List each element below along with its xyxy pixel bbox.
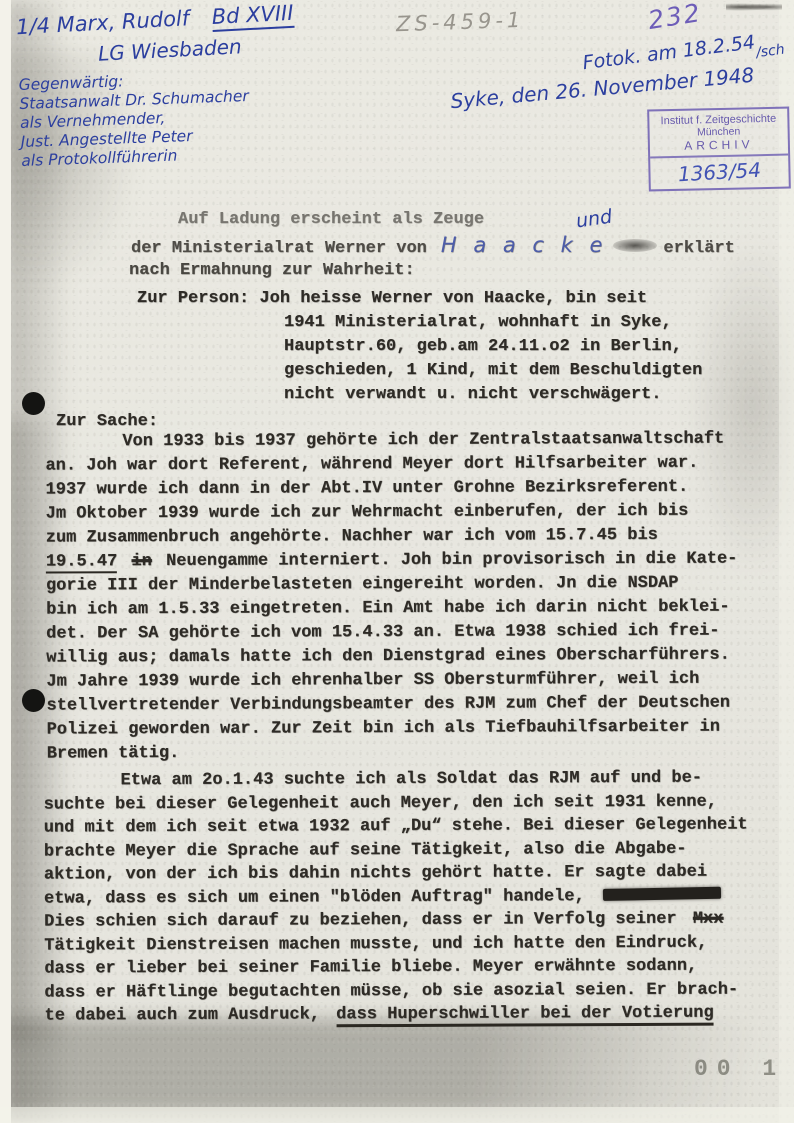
- stamp-number: 1363/54: [650, 153, 790, 192]
- heading-line2: der Ministerialrat Werner von H a a c k …: [131, 233, 735, 261]
- body-line: Tätigkeit Dienstreisen machen musste, un…: [44, 931, 748, 958]
- body-line-with-blackout: etwa, dass es sich um einen "blöden Auft…: [44, 884, 748, 911]
- struck-word: Mxx: [693, 910, 724, 929]
- body-line: Bremen tätig.: [47, 739, 739, 766]
- body-line: gorie III der Minderbelasteten eingereih…: [46, 571, 738, 598]
- person-line: nicht verwandt u. nicht verschwägert.: [284, 383, 702, 407]
- body-line: suchte bei dieser Gelegenheit auch Meyer…: [44, 790, 748, 817]
- scanned-document-page: 1/4 Marx, Rudolf Bd XVIII LG Wiesbaden G…: [0, 0, 794, 1123]
- struck-word: in: [131, 552, 151, 571]
- body-line: dass er lieber bei seiner Familie bliebe…: [44, 954, 748, 981]
- body-line-text: etwa, dass es sich um einen "blöden Auft…: [44, 887, 585, 908]
- handwritten-court: LG Wiesbaden: [97, 34, 242, 65]
- body-line: Von 1933 bis 1937 gehörte ich der Zentra…: [122, 427, 737, 454]
- person-detail-lines: 1941 Ministerialrat, wohnhaft in Syke, H…: [284, 311, 702, 407]
- heading-line2-suffix: erklärt: [663, 237, 734, 261]
- faint-folio-number: 00 1: [694, 1056, 785, 1082]
- body-line-text: Dies schien sich darauf zu beziehen, das…: [44, 910, 677, 932]
- body-line: 1937 wurde ich dann in der Abt.IV unter …: [45, 475, 737, 502]
- body-line: an. Joh war dort Referent, während Meyer…: [45, 451, 737, 478]
- blacked-out-word: [603, 886, 721, 900]
- body-line: brachte Meyer die Sprache auf seine Täti…: [44, 837, 748, 864]
- stamp-archiv-line: ARCHIV: [650, 137, 788, 154]
- body-line-rest: Neuengamme interniert. Joh bin provisori…: [166, 549, 737, 570]
- heading-line2-prefix: der Ministerialrat Werner von: [131, 237, 427, 261]
- hole-punch-bottom: [22, 689, 45, 712]
- testimony-paragraph-2: Etwa am 2o.1.43 suchte ich als Soldat da…: [43, 766, 748, 1028]
- body-line: willig aus; damals hatte ich den Dienstg…: [46, 643, 738, 670]
- scan-shadow-bottom: [0, 1018, 794, 1114]
- body-line: stellvertretender Verbindungsbeamter des…: [46, 691, 738, 718]
- body-line: aktion, von der ich bis dahin nichts geh…: [44, 860, 748, 887]
- handwritten-present-note: Gegenwärtig: Staatsanwalt Dr. Schumacher…: [18, 68, 251, 171]
- handwritten-name-insert: H a a c k e: [441, 233, 608, 257]
- handwritten-case-ref-line: 1/4 Marx, Rudolf Bd XVIII: [16, 1, 295, 39]
- body-line-with-strike: Dies schien sich darauf zu beziehen, das…: [44, 907, 748, 934]
- archive-stamp: Institut f. Zeitgeschichte München ARCHI…: [647, 107, 791, 192]
- underlined-passage: dass Huperschwiller bei der Votierung: [336, 1004, 714, 1028]
- body-line: Jm Jahre 1939 wurde ich ehrenhalber SS O…: [46, 667, 738, 694]
- ink-smudge: [613, 239, 657, 252]
- body-line-with-underline: te dabei auch zum Ausdruck, dass Hupersc…: [44, 1001, 748, 1028]
- person-line: Hauptstr.60, geb.am 24.11.o2 in Berlin,: [284, 335, 702, 359]
- body-line: und mit dem ich seit etwa 1932 auf „Du“ …: [44, 813, 748, 840]
- body-line: dass er Häftlinge begutachten müsse, ob …: [44, 978, 748, 1005]
- body-line: Jm Oktober 1939 wurde ich zur Wehrmacht …: [46, 499, 738, 526]
- volume-ref-text: Bd XVIII: [211, 1, 294, 32]
- body-line-text: te dabei auch zum Ausdruck,: [44, 1005, 320, 1025]
- hole-punch-top: [22, 392, 45, 415]
- case-ref-text: 1/4 Marx, Rudolf: [16, 6, 190, 39]
- person-line: 1941 Ministerialrat, wohnhaft in Syke,: [284, 311, 702, 335]
- body-line: det. Der SA gehörte ich vom 15.4.33 an. …: [46, 619, 738, 646]
- body-line-with-underline: 19.5.47 in Neuengamme interniert. Joh bi…: [46, 547, 738, 574]
- handwritten-page-number: 232: [646, 0, 704, 35]
- body-line: Etwa am 2o.1.43 suchte ich als Soldat da…: [120, 766, 747, 792]
- body-line: Polizei geworden war. Zur Zeit bin ich a…: [47, 715, 739, 742]
- handwritten-photo-note: Fotok. am 18.2.54/sch: [581, 28, 784, 74]
- heading-line3: nach Ermahnung zur Wahrheit:: [129, 259, 415, 283]
- corner-ink-mark: [726, 2, 782, 12]
- person-first-line: Zur Person: Joh heisse Werner von Haacke…: [137, 287, 647, 311]
- heading-line1: Auf Ladung erscheint als Zeuge: [178, 208, 484, 232]
- page-edge-left: [0, 0, 11, 1123]
- handwritten-und-insert: und: [575, 206, 614, 233]
- pencil-archive-ref: ZS-459-1: [396, 8, 525, 36]
- testimony-paragraph-1: Von 1933 bis 1937 gehörte ich der Zentra…: [45, 427, 738, 766]
- underlined-date: 19.5.47: [46, 552, 118, 573]
- body-line: bin ich am 1.5.33 eingetreten. Ein Amt h…: [46, 595, 738, 622]
- body-line: zum Zusammenbruch angehörte. Nachher war…: [46, 523, 738, 550]
- page-edge-bottom: [0, 1107, 794, 1123]
- person-line: geschieden, 1 Kind, mit dem Beschuldigte…: [284, 359, 702, 383]
